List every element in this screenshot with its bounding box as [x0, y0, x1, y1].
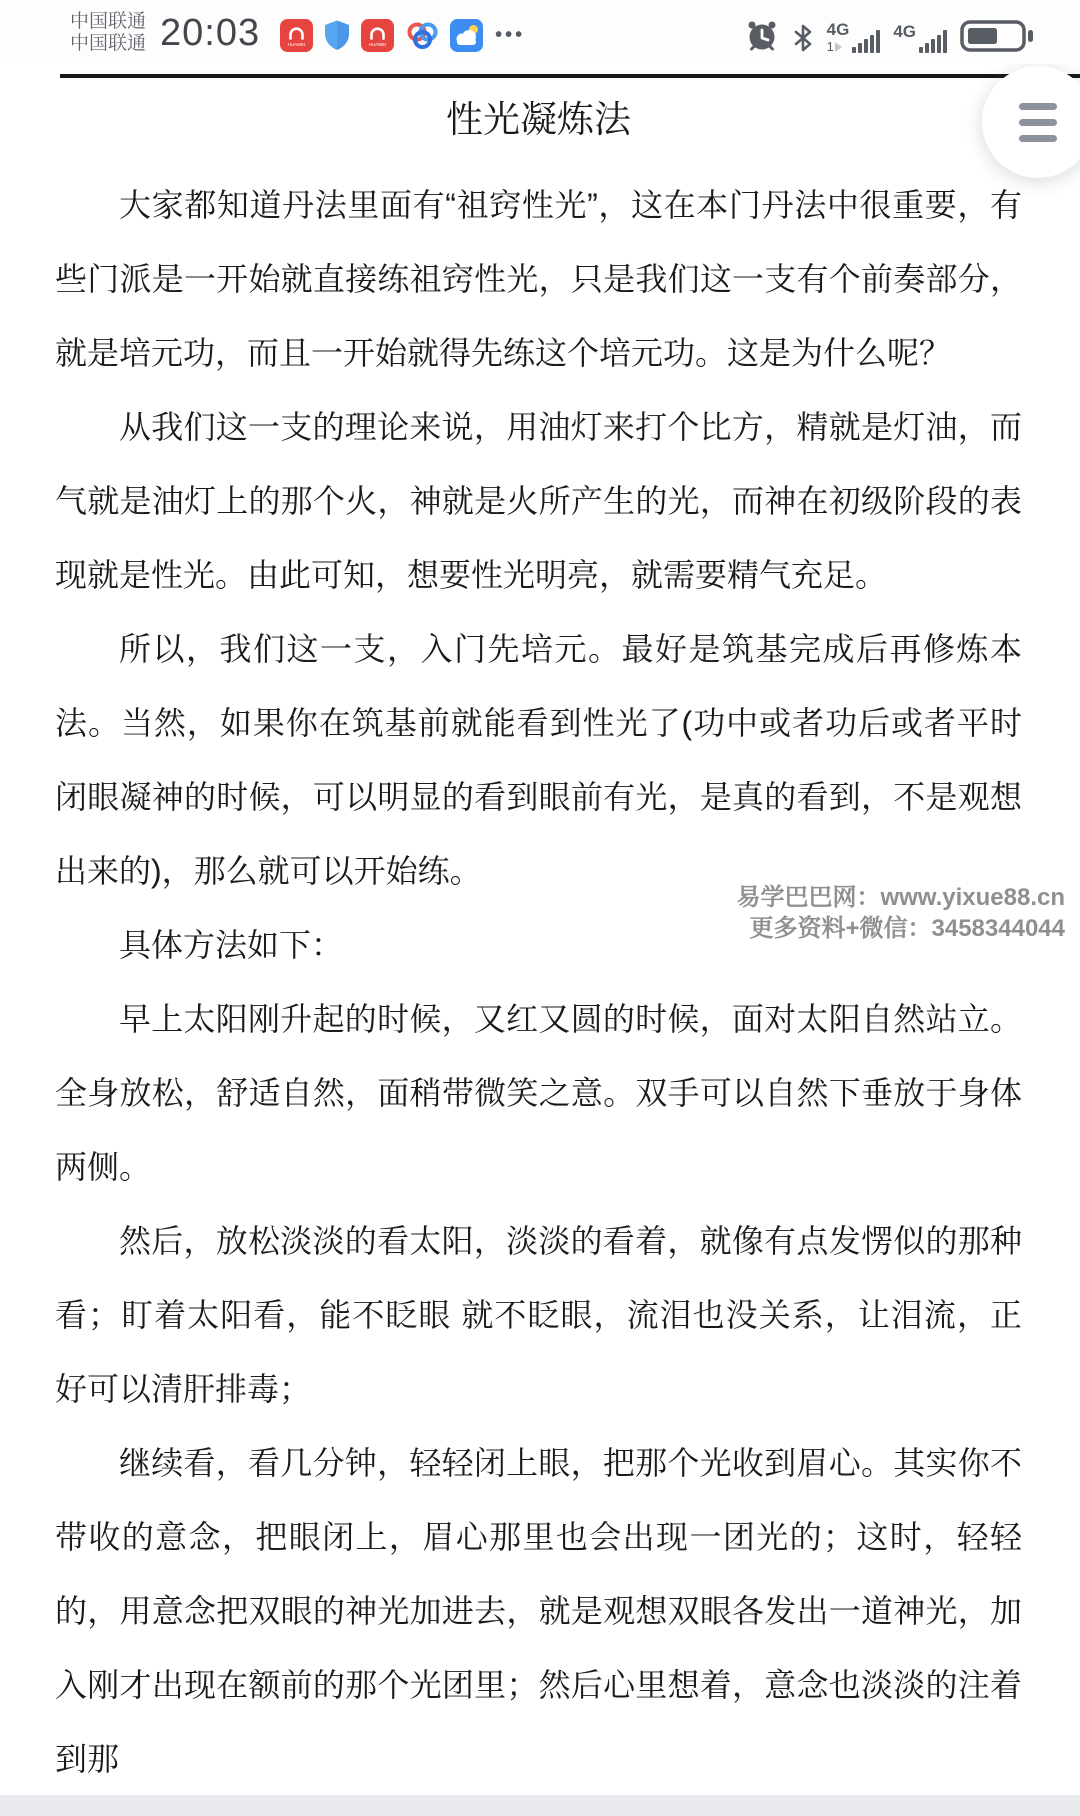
svg-text:HUAWEI: HUAWEI [288, 42, 305, 47]
sim2-signal-bars-icon [919, 30, 947, 53]
status-bar: 中国联通 中国联通 20:03 HUAWEI HUAWEI [0, 0, 1080, 64]
hamburger-menu-icon [1019, 103, 1057, 110]
security-shield-icon [323, 19, 351, 52]
carrier-sim2: 中国联通 [70, 33, 146, 55]
document-text: 大家都知道丹法里面有“祖窍性光”，这在本门丹法中很重要，有些门派是一开始就直接练… [55, 168, 1022, 1795]
page-top-border [60, 74, 1080, 78]
huawei-appgallery-icon: HUAWEI [280, 19, 313, 52]
paragraph: 继续看，看几分钟，轻轻闭上眼，把那个光收到眉心。其实你不带收的意念，把眼闭上，眉… [55, 1426, 1022, 1795]
notification-icons: HUAWEI HUAWEI [280, 19, 525, 52]
sim2-network-label: 4G [893, 23, 916, 40]
battery-icon [960, 19, 1034, 53]
paragraph: 大家都知道丹法里面有“祖窍性光”，这在本门丹法中很重要，有些门派是一开始就直接练… [55, 168, 1022, 390]
clock-time: 20:03 [160, 12, 260, 55]
watermark-site: 易学巴巴网：www.yixue88.cn [736, 882, 1065, 913]
paragraph: 从我们这一支的理论来说，用油灯来打个比方，精就是灯油，而气就是油灯上的那个火，神… [55, 390, 1022, 612]
bluetooth-icon [792, 23, 814, 53]
data-arrow-icon [835, 42, 842, 52]
carrier-labels: 中国联通 中国联通 [70, 11, 146, 55]
paragraph: 所以，我们这一支，入门先培元。最好是筑基完成后再修炼本法。当然，如果你在筑基前就… [55, 612, 1022, 908]
huawei-app-icon: HUAWEI [361, 19, 394, 52]
weather-app-icon [450, 19, 483, 52]
svg-text:HUAWEI: HUAWEI [369, 42, 386, 47]
phone-screen: 中国联通 中国联通 20:03 HUAWEI HUAWEI [0, 0, 1080, 1816]
sim1-signal-bars-icon [852, 30, 880, 53]
paragraph: 早上太阳刚升起的时候，又红又圆的时候，面对太阳自然站立。全身放松，舒适自然，面稍… [55, 982, 1022, 1204]
sim1-network-label: 4G [827, 21, 850, 38]
status-bar-left: 中国联通 中国联通 20:03 HUAWEI HUAWEI [70, 11, 525, 55]
carrier-sim1: 中国联通 [70, 11, 146, 33]
paragraph: 然后，放松淡淡的看太阳，淡淡的看着，就像有点发愣似的那种看；盯着太阳看，能不眨眼… [55, 1204, 1022, 1426]
page-title: 性光凝炼法 [55, 98, 1022, 142]
sim1-signal: 4G 1 [827, 21, 881, 53]
hamburger-menu-icon [1019, 119, 1057, 126]
sim1-badge: 1 [827, 40, 834, 53]
cloud-rings-icon [404, 19, 440, 52]
page-bottom-edge [0, 1795, 1080, 1816]
status-bar-right: 4G 1 4G [745, 19, 1034, 53]
alarm-clock-icon [745, 19, 779, 53]
hamburger-menu-icon [1019, 135, 1057, 142]
more-ellipsis-icon: ••• [495, 24, 525, 47]
sim2-signal: 4G [893, 23, 947, 53]
watermark: 易学巴巴网：www.yixue88.cn 更多资料+微信：3458344044 [736, 882, 1065, 944]
watermark-wechat: 更多资料+微信：3458344044 [736, 913, 1065, 944]
